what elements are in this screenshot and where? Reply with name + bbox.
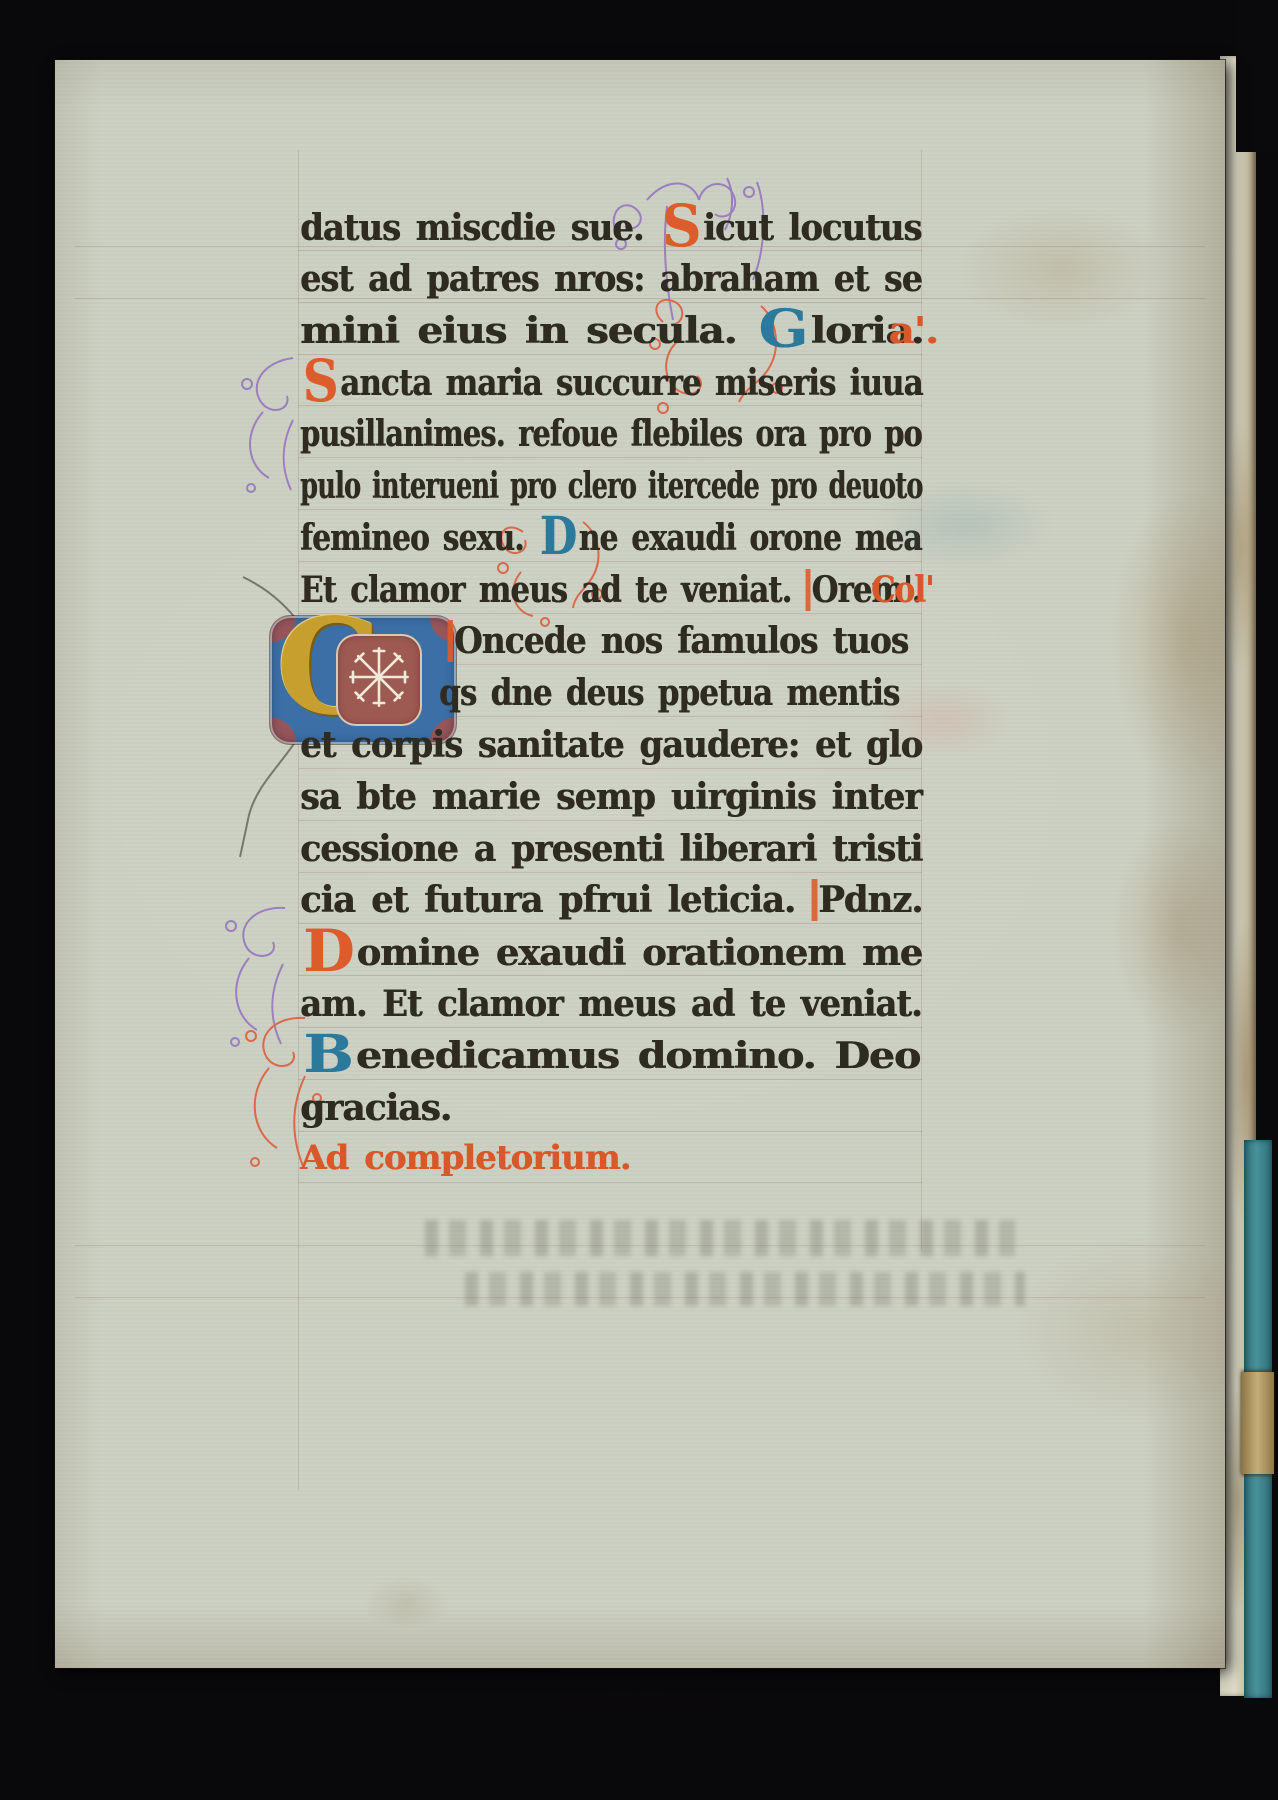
text-segment: cessione a presenti liberari tristi [300,828,922,870]
text-segment: qs dne deus ppetua mentis [439,672,899,714]
text-segment: femineo sexu. [300,517,537,559]
text-segment: dnz. [844,879,923,921]
manuscript-text-line: Oncede nos famulos tuos [300,620,1070,662]
text-segment: ancta maria succurre miseris iuua [340,362,922,404]
text-segment: sa bte marie semp uirginis inter [300,776,922,818]
text-segment: mini eius in secula. [300,310,755,352]
text-segment: gracias. [300,1087,451,1129]
ruling-line [298,354,922,355]
manuscript-text-line: Ad completorium. [300,1138,922,1178]
text-segment: O [805,569,837,611]
manuscript-text-line: Sancta maria succurre miseris iuua [300,361,922,404]
manuscript-text-line: sa bte marie semp uirginis inter [300,776,922,818]
manuscript-text-line: Benedicamus domino. Deo [300,1035,922,1077]
ruling-line [298,457,922,458]
show-through-text [425,1220,1015,1256]
ruling-line [298,1182,922,1183]
decorated-initial-B: B [300,1024,356,1085]
ruling-line [298,509,922,510]
text-segment: pulo interueni pro clero itercede pro de… [300,465,923,507]
decorated-initial-S: S [659,192,703,260]
manuscript-text-line: qs dne deus ppetua mentis [300,672,1061,714]
ruling-line [298,250,922,251]
manuscript-text-line: pusillanimes. refoue flebiles ora pro po [300,413,922,455]
manuscript-text-line: gracias. [300,1087,922,1129]
text-segment: datus miscdie sue. [300,207,659,249]
text-segment: icut locutus [703,207,921,249]
decorated-initial-D: D [300,917,356,985]
vellum-page: C datus miscdie sue. Sicut locutus est a… [55,60,1225,1668]
manuscript-text-line: Domine exaudi orationem me [300,931,922,974]
text-segment: et corpis sanitate gaudere: et glo [300,724,922,766]
text-segment: am. Et clamor meus ad te veniat. [300,983,922,1025]
ruling-line [75,1297,1205,1298]
manuscript-text-line: cessione a presenti liberari tristi [300,828,922,870]
text-segment: pusillanimes. refoue flebiles ora pro po [300,413,922,455]
background-corner [1236,0,1278,152]
ruling-line [298,872,922,873]
ruling-line [298,768,922,769]
text-segment: P [811,879,843,921]
decorated-initial-S: S [300,347,340,415]
text-segment: ne exaudi orone mea [579,517,922,559]
ruling-line [298,1027,922,1028]
manuscript-text-line: et corpis sanitate gaudere: et glo [300,724,922,766]
text-segment: O [448,620,482,662]
manuscript-text-line: pulo interueni pro clero itercede pro de… [300,465,922,507]
decorated-initial-D: D [537,506,578,567]
binding-clasp [1241,1372,1274,1474]
ruling-line [298,975,922,976]
text-segment: omine exaudi orationem me [356,932,922,974]
text-segment: est ad patres nros: abraham et se [300,258,922,300]
text-segment: cia et futura pfrui leticia. [300,879,811,921]
manuscript-text-line: cia et futura pfrui leticia. Pdnz. [300,879,922,921]
manuscript-text-line: femineo sexu. Dne exaudi orone mea [300,517,922,559]
manuscript-text-line: mini eius in secula. Gloria. a'. [300,310,922,352]
text-segment: Et clamor meus ad te veniat. [300,569,805,611]
ruling-line [298,820,922,821]
manuscript-text-line: datus miscdie sue. Sicut locutus [300,206,922,249]
penwork-flourish-icon [215,898,303,1050]
text-segment: enedicamus domino. Deo [356,1035,920,1077]
show-through-text [465,1272,1025,1306]
text-segment: ncede nos famulos tuos [482,620,909,662]
manuscript-text-line: am. Et clamor meus ad te veniat. [300,983,922,1025]
rubric-text: Col' [871,569,934,611]
ruling-line [298,923,922,924]
ruling-line [298,613,922,614]
manuscript-text-line: est ad patres nros: abraham et se [300,258,922,300]
ruling-line [75,1245,1205,1246]
rubric-text: Ad completorium. [300,1138,630,1178]
ruling-line [298,561,922,562]
manuscript-photo: C datus miscdie sue. Sicut locutus est a… [0,0,1278,1800]
ruling-line [298,302,922,303]
decorated-initial-G: G [755,299,811,360]
ruling-line [298,1131,922,1132]
ruling-line [298,150,299,1490]
ruling-line [298,1079,922,1080]
rubric-text: a'. [888,310,937,352]
manuscript-text-line: Et clamor meus ad te veniat. Orem'. Col' [300,569,922,611]
ruling-line [298,405,922,406]
